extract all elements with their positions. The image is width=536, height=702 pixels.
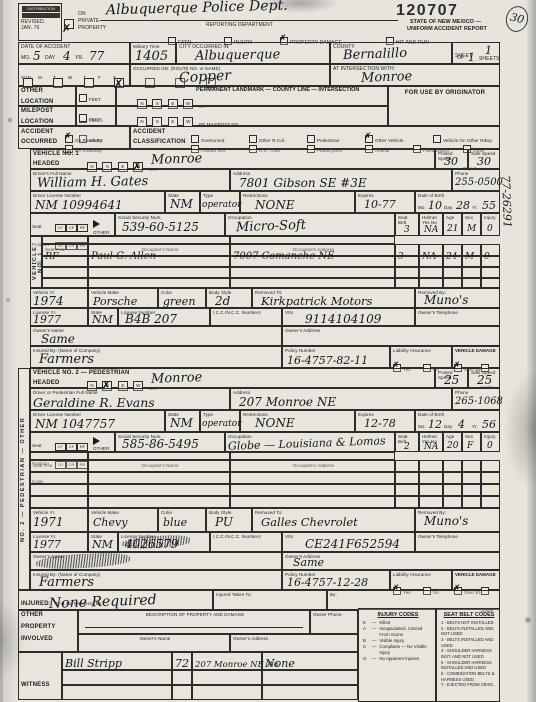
injured-taken-to-cell: Injured Taken To: — [213, 590, 327, 610]
v2-body: PU — [215, 515, 233, 529]
private-property-label2: PRIVATE — [78, 18, 99, 24]
v1-lic-state-cell: State NM — [88, 308, 118, 326]
witness-age-cell — [172, 685, 192, 700]
accident-occurred-cell: ACCIDENT OCCURRED ✗On Roadway Off Roadwa… — [18, 126, 130, 149]
taken-to-label: Injured Taken To: — [216, 592, 326, 597]
witness-label: WITNESS — [21, 682, 61, 689]
v1-removed-to: Kirkpatrick Motors — [261, 294, 372, 308]
occupant-row-age — [443, 256, 462, 267]
v1-insured-cell: Insured By: (Name of Company) Farmers — [30, 346, 282, 368]
v1-color: green — [163, 295, 195, 308]
v1-helmet: NA — [424, 225, 438, 235]
belt-code-item: 2 - BELTS INSTALLED AND NOT USED — [439, 626, 499, 637]
occupant-row-helmet — [419, 484, 443, 496]
s-letter: S — [156, 119, 159, 124]
occupant-row-age — [443, 460, 462, 472]
v1-safe-speed-cell: Safe Speed 30 — [468, 149, 500, 169]
belt-code-item: 1 - BELTS NOT INSTALLED — [439, 620, 499, 626]
occupant-row-name — [88, 472, 230, 484]
milepost-label: MILEPOST — [21, 108, 75, 115]
occupant-row-helmet: NA — [419, 244, 443, 256]
occupant-row-sex — [462, 484, 481, 496]
v2-dl-cell: Driver License Number NM 1047757 — [30, 410, 165, 432]
grid-other-label: OTHER — [93, 230, 109, 235]
occupant-row-sex — [462, 278, 481, 288]
owner-addr-label: Owner's Address — [233, 636, 357, 641]
occupant-header-pos: Seat Pos. — [42, 236, 88, 244]
occupant-row-age — [443, 484, 462, 496]
liability-label: Liability Insurance — [393, 348, 451, 353]
v2-vin-cell: VIN CE241F652594 — [282, 532, 415, 552]
v2-restrictions-cell: Restrictions NONE — [240, 410, 355, 432]
v1-ssn-cell: Social Security Num. 539-60-5125 — [115, 213, 225, 236]
occupant-row-injury — [481, 460, 500, 472]
v2-dob-mo: 12 — [428, 418, 442, 431]
milepost-location-cell: MILEPOST LOCATION — [18, 106, 76, 126]
occupant-row-pos — [30, 460, 88, 472]
witness-age-cell — [172, 670, 192, 685]
liability-label: Liability Insurance — [393, 572, 451, 577]
v1-helmet-cell: Helmet Yes No NA — [419, 213, 443, 236]
occupant-row-sex: M — [462, 244, 481, 256]
v2-safe-speed-cell: Safe Speed 25 — [468, 368, 500, 388]
age-label: Age — [446, 434, 461, 439]
dob-label: Date of Birth — [418, 193, 499, 198]
n-letter: N — [140, 119, 143, 124]
other-feet-miles-cell: FEET MILES — [76, 86, 116, 106]
landmark-heading: PERMANENT LANDMARK — COUNTY LINE — INTER… — [196, 87, 396, 93]
occupant-row-sex — [462, 460, 481, 472]
occupant-row-age — [443, 472, 462, 484]
v1-policy-cell: Policy Number 16-4757-82-11 — [282, 346, 390, 368]
v1-address: 7801 Gibson SE #3E — [239, 176, 367, 190]
v2-dl-type: operator — [202, 419, 242, 429]
v2-vehicle-yr-cell: Vehicle Yr. 1971 — [30, 508, 88, 532]
occupant-row-age: 24 — [443, 244, 462, 256]
v1-icc-cell: I.C.C./N.C.C. Numbers — [210, 308, 282, 326]
v1-vin-cell: VIN 9114104109 — [282, 308, 415, 326]
v2-dob-yr: 56 — [482, 418, 496, 431]
v1-dl-state-cell: State NM — [165, 191, 200, 213]
injury-codes-title: INJURY CODES — [361, 612, 435, 618]
v2-owner-name-cell: Owner's Name — [30, 552, 282, 570]
occupant-row-injury — [481, 256, 500, 267]
belt-code-item: 4 - SHOULDER HARNESS INST. AND NOT USED — [439, 648, 499, 659]
v2-side-label: NO. 2 — PEDESTRIAN — OTHER — [21, 370, 29, 589]
classification-label1: ACCIDENT — [133, 129, 166, 136]
circled-margin-note: 30 — [503, 4, 531, 35]
belt-code-item: 3 - BELTS INSTALLED AND USED — [439, 637, 499, 648]
witness-name-cell — [62, 685, 172, 700]
occupant-row-age — [443, 496, 462, 508]
property-label: PROPERTY — [21, 624, 77, 631]
witness-age: 72 — [175, 657, 189, 670]
v1-dl-type: operator — [202, 200, 242, 210]
description-label: DESCRIPTION OF PROPERTY AND DAMAGE — [81, 612, 309, 617]
v1-title: VEHICLE NO. 1 — [33, 151, 434, 158]
occupant-row-pos — [42, 256, 88, 267]
v2-age-cell: Age 20 — [443, 432, 462, 452]
city-cell: CITY OCCURRED IN Albuquerque — [176, 42, 330, 64]
reporting-department-value: Albuquerque Police Dept. — [106, 0, 288, 18]
v2-vin: CE241F652594 — [305, 537, 400, 551]
v2-helmet-cell: Helmet Yes No NA — [419, 432, 443, 452]
occupant-header-addr: Occupant's Address — [230, 236, 395, 244]
owner-tel-label: Owner's Telephone — [418, 534, 499, 539]
occupant-row-belt: 3 — [395, 244, 419, 256]
occupant-row-addr — [230, 267, 395, 278]
city-value: Albuquerque — [195, 47, 280, 63]
v2-lic-yr: 1977 — [33, 538, 61, 551]
v2-sex-cell: Sex F — [462, 432, 481, 452]
accident-label: ACCIDENT — [21, 129, 54, 136]
v1-injury: 0 — [487, 224, 493, 234]
occupant-header-name: Occupant's Name — [88, 452, 230, 460]
occupant-row-pos — [42, 267, 88, 278]
grid-cf: CF — [66, 443, 77, 451]
military-time-cell: Military Time 1405 — [130, 42, 176, 64]
of-value: 1 — [468, 51, 475, 64]
occupant-row-belt — [395, 278, 419, 288]
v1-make: Porsche — [93, 295, 137, 308]
witness-name-cell — [62, 670, 172, 685]
occupant-header-addr: Occupant's Address — [230, 452, 395, 460]
witness-name-cell: Bill Stripp — [62, 652, 172, 670]
injury-codes-box: INJURY CODES K—Killed A—Incapacitated. C… — [358, 608, 436, 702]
property-owner-name-cell: Owner's Name — [78, 634, 230, 652]
v2-removed-to: Galles Chevrolet — [261, 515, 358, 529]
v2-address: 207 Monroe NE — [239, 395, 336, 409]
v2-expires-cell: Expires 12-78 — [355, 410, 415, 432]
phone-label: Phone — [455, 171, 499, 176]
v1-owner-tel-cell: Owner's Telephone — [415, 308, 500, 326]
occupant-row-belt — [395, 484, 419, 496]
state-line1: STATE OF NEW MEXICO — — [410, 19, 481, 25]
v1-policy: 16-4757-82-11 — [287, 354, 368, 367]
injury-label: Injury — [484, 215, 499, 220]
v1-injury-cell: Injury 0 — [481, 213, 500, 236]
occupant-row-helmet — [419, 460, 443, 472]
originator-label: FOR USE BY ORIGINATOR — [391, 90, 499, 97]
v2-side-strip: NO. 2 — PEDESTRIAN — OTHER — [18, 368, 30, 590]
scanned-accident-report: DISTRIBUTION REVISED. JAN. 76 ✗ ON PRIVA… — [0, 0, 536, 702]
v2-owner-tel-cell: Owner's Telephone — [415, 532, 500, 552]
dob-day-label: Day — [444, 205, 452, 210]
department-underline — [100, 20, 398, 21]
day-value: 4 — [63, 49, 71, 63]
sheets-label: SHEETS — [479, 56, 500, 62]
v2-policy-cell: Policy Number 16-4757-12-28 — [282, 570, 390, 590]
witness-age-cell: 72 — [172, 652, 192, 670]
witness-addr-cell — [192, 670, 262, 685]
v2-ssn-cell: Social Security Num. 585-86-5495 — [115, 432, 225, 452]
v1-insured: Farmers — [39, 352, 94, 367]
v1-headed-street: Monroe — [151, 151, 203, 168]
v2-lic-state: NM — [92, 538, 113, 551]
sex-label: Sex — [465, 215, 480, 220]
v2-policy: 16-4757-12-28 — [287, 576, 368, 589]
v1-occupation-cell: Occupation Micro-Soft — [225, 213, 395, 236]
occupant-row-name — [88, 267, 230, 278]
v1-driver-name-cell: Driver's Full Name William H. Gates — [30, 169, 230, 191]
headed-label: HEADED — [33, 161, 60, 168]
occupant-row-sex — [462, 496, 481, 508]
v1-vin: 9114104109 — [305, 312, 381, 326]
w-letter: W — [186, 119, 190, 124]
occupant-header-name: Occupant's Name — [88, 236, 230, 244]
occupant-header-pos: Seat Pos. — [30, 452, 88, 460]
occupant-row-injury — [481, 472, 500, 484]
v2-removed-by: Muno's — [424, 514, 468, 528]
occupant-row-belt — [395, 472, 419, 484]
dob-mo-label: Mo. — [418, 424, 426, 429]
v1-dob-cell: Date of Birth Mo. 10 Day 28 Yr. 55 — [415, 191, 500, 213]
v2-phone: 265-1068 — [455, 396, 503, 407]
margin-note-value: 30 — [509, 11, 526, 27]
v1-color-cell: Color green — [158, 288, 206, 308]
v2-occupation-cell: Occupation Globe — Louisiana & Lomas — [225, 432, 395, 452]
v2-ssn: 585-86-5495 — [122, 437, 199, 451]
v1-vehicle-yr: 1974 — [33, 294, 64, 308]
occupant-row-addr — [230, 484, 395, 496]
witness-phone-cell: None — [262, 652, 358, 670]
v1-address-cell: Address 7801 Gibson SE #3E — [230, 169, 452, 191]
injured-by-cell: By: — [327, 590, 500, 610]
v1-phone: 255-0500 — [455, 177, 503, 188]
occupant-row-belt — [395, 496, 419, 508]
v2-headed-street: Monroe — [151, 370, 203, 387]
private-property-label: ON — [78, 11, 86, 17]
v1-make-cell: Vehicle Make Porsche — [88, 288, 158, 308]
yr-value: 77 — [89, 49, 104, 63]
v1-owner-name: Same — [41, 332, 75, 346]
occupant-row-pos — [30, 484, 88, 496]
occupant-row-injury — [481, 496, 500, 508]
v1-dl-type-cell: Type operator — [200, 191, 240, 213]
e-letter: E — [171, 119, 174, 124]
v1-occupation: Micro-Soft — [236, 218, 306, 235]
v2-vehicle-yr: 1971 — [33, 515, 64, 529]
v1-owner-addr-cell: Owner's Address — [282, 326, 500, 346]
v2-address-cell: Address 207 Monroe NE — [230, 388, 452, 410]
owner-tel-label: Owner's Telephone — [418, 310, 499, 315]
dob-label: Date of Birth — [418, 412, 499, 417]
injury-code-text: No Apparent Injuries — [379, 656, 431, 662]
private-property-label3: PROPERTY — [78, 25, 106, 31]
property-owner-phone-cell: Owner Phone: — [310, 610, 358, 634]
injury-code-text: Complains — No Visible Injury — [379, 644, 431, 656]
occupant-row-addr — [230, 460, 395, 472]
belt-code-item: 6 - COMBINATION BELTS & HARNESS USED — [439, 671, 499, 682]
occupant-row-sex — [462, 256, 481, 267]
belt-code-item: 5 - SHOULDER HARNESS INSTALLED AND USED — [439, 660, 499, 671]
private-property-checkbox: ✗ — [64, 19, 74, 29]
color-label: Color — [161, 510, 205, 515]
occupant-row-age — [443, 278, 462, 288]
phone-label: Phone — [455, 390, 499, 395]
v1-restrictions: NONE — [255, 198, 295, 212]
v1-age: 21 — [447, 224, 458, 234]
icc-label: I.C.C./N.C.C. Numbers — [213, 534, 281, 539]
arrow-icon — [93, 437, 100, 445]
milepost-direction-cell: N S E W OF MILEPOST NO.: — [116, 106, 388, 126]
type-label: Type — [203, 412, 239, 417]
v2-restrictions: NONE — [255, 416, 295, 430]
v2-posted-speed: 25 — [444, 373, 459, 387]
v1-dob-day: 28 — [456, 199, 470, 212]
v2-insured: Farmers — [39, 575, 94, 590]
dob-yr-label: Yr. — [472, 205, 478, 210]
occupant-row-belt — [395, 256, 419, 267]
v2-age: 20 — [447, 441, 458, 451]
grid-rf: RF — [77, 443, 88, 451]
distribution-bar: DISTRIBUTION — [22, 6, 60, 12]
injured-first-aid-cell: INJURED: First Aid Rendered By: None Req… — [18, 590, 213, 610]
v2-headed-cell: VEHICLE NO. 2 — PEDESTRIAN HEADED N S✗ E… — [30, 368, 435, 388]
day-letter: W — [68, 75, 72, 80]
v2-title: VEHICLE NO. 2 — PEDESTRIAN — [33, 370, 434, 377]
military-time-value: 1405 — [135, 49, 168, 64]
v2-make: Chevy — [93, 516, 127, 529]
v2-dob-day: 4 — [458, 418, 465, 431]
injury-code-letter: O — [363, 656, 369, 662]
other-location-cell: OTHER LOCATION — [18, 86, 76, 106]
injury-code-text: Incapacitated. Carried From Scene — [379, 626, 431, 638]
v2-dl-number: NM 1047757 — [35, 417, 115, 431]
occupant-row-name: Paul G. Allen — [88, 244, 230, 256]
grid-lf: LF — [55, 224, 66, 232]
v1-seat-code-cell: SeatPositionCode LFCFRF LRCRRR OTHER — [30, 213, 115, 236]
seat-belt-codes-box: SEAT BELT CODES 1 - BELTS NOT INSTALLED … — [436, 608, 500, 702]
icc-label: I.C.C./N.C.C. Numbers — [213, 310, 281, 315]
injury-code-letter: A — [363, 626, 369, 638]
occupant-row-name — [88, 496, 230, 508]
feet-checkbox — [79, 94, 87, 102]
dob-mo-label: Mo. — [418, 205, 426, 210]
owner-addr-label: Owner's Address — [285, 328, 499, 333]
occupant-row-age — [443, 267, 462, 278]
arrow-icon — [93, 220, 100, 228]
occurred-label: OCCURRED — [21, 139, 57, 146]
grid-cf: CF — [66, 224, 77, 232]
other-label: OTHER — [21, 88, 75, 95]
v2-dl-state-cell: State NM — [165, 410, 200, 432]
seat-label: Seat — [32, 443, 42, 448]
witness-label-cell: WITNESS — [18, 652, 62, 700]
v2-insured-cell: Insured By: (Name of Company) Farmers — [30, 570, 282, 590]
occupant-row-belt — [395, 460, 419, 472]
occupant-row-helmet — [419, 256, 443, 267]
v2-lic-no-cell: License Number 4026579 — [118, 532, 210, 552]
v1-dl-number: NM 10994641 — [35, 198, 123, 212]
seat-belt-codes-title: SEAT BELT CODES — [439, 612, 499, 618]
margin-case-number: 77-26291 — [499, 175, 514, 228]
v1-vehicle-yr-cell: Vehicle Yr. 1974 — [30, 288, 88, 308]
headed-label: HEADED — [33, 380, 60, 387]
day-letter: F — [98, 75, 101, 80]
route-value: Copper — [179, 68, 232, 87]
v2-driver-name: Geraldine R. Evans — [33, 395, 155, 410]
property-owner-addr-cell: Owner's Address — [230, 634, 358, 652]
v1-phone-cell: Phone 255-0500 — [452, 169, 500, 191]
location-label: LOCATION — [21, 99, 75, 106]
sex-label: Sex — [465, 434, 480, 439]
day-letter: M — [38, 75, 42, 80]
v1-side-label: VEHICLE NO. 1 — [33, 238, 41, 287]
occupant-row-addr — [230, 496, 395, 508]
v1-sex: M — [467, 224, 476, 234]
v1-age-cell: Age 21 — [443, 213, 462, 236]
milepost-feet-miles-cell: FEET MILES — [76, 106, 116, 126]
v1-driver-name: William H. Gates — [37, 174, 149, 191]
reporting-department-label: REPORTING DEPARTMENT — [206, 22, 273, 28]
v1-removed-by-cell: Removed By: Muno's — [415, 288, 500, 308]
seat-label: Seat — [32, 224, 42, 229]
v2-liability-cell: Liability Insurance ✗Yes No — [390, 570, 452, 590]
grid-lf: LF — [55, 443, 66, 451]
v1-sex-cell: Sex M — [462, 213, 481, 236]
vehicle-damage-label: VEHICLE DAMAGE — [455, 348, 499, 353]
grid-other-label: OTHER — [93, 446, 109, 451]
intersection-cell: AT INTERSECTION WITH: Monroe — [330, 64, 500, 86]
v2-expires: 12-78 — [364, 417, 396, 430]
v2-color: blue — [163, 516, 187, 529]
v1-belt-cell: Seat Belt 3 — [395, 213, 419, 236]
property-description-cell: DESCRIPTION OF PROPERTY AND DAMAGE — [78, 610, 310, 634]
injured-label: INJURED: — [21, 601, 51, 607]
occurred-on-label: OCCURRED ON: (ROUTE NO. or NAME) — [133, 66, 329, 71]
classification-label2: CLASSIFICATION — [133, 139, 186, 146]
occupant-row-addr — [230, 256, 395, 267]
v1-dob-yr: 55 — [482, 199, 496, 212]
witness-phone-cell — [262, 685, 358, 700]
date-of-accident-cell: DATE OF ACCIDENT MO. 5 DAY 4 YR. 77 — [18, 42, 130, 64]
occupant-row-name — [88, 278, 230, 288]
occupant-row-addr — [230, 278, 395, 288]
v2-belt: 2 — [404, 442, 410, 452]
v1-owner-name-cell: Owner's Name Same — [30, 326, 282, 346]
mo-value: 5 — [33, 49, 41, 63]
v1-posted-speed: 30 — [444, 155, 458, 168]
v2-driver-name-cell: Driver or Pedestrian Full Name Geraldine… — [30, 388, 230, 410]
witness-phone-cell — [262, 670, 358, 685]
occupant-row-helmet — [419, 496, 443, 508]
v2-injury-cell: Injury 0 — [481, 432, 500, 452]
v2-owner-addr: Same — [293, 556, 324, 569]
yr-label: YR. — [75, 55, 84, 61]
v1-posted-speed-cell: Posted Speed 30 — [435, 149, 468, 169]
occupant-row-addr — [230, 472, 395, 484]
originator-box: FOR USE BY ORIGINATOR — [388, 86, 500, 126]
feet-label: FEET — [89, 117, 101, 122]
occupant-row-pos — [30, 496, 88, 508]
v1-lic-no: B4B 207 — [125, 312, 177, 326]
day-of-week-cell: SUN M T W T F S ✗ — [18, 64, 130, 86]
v2-icc-cell: I.C.C./N.C.C. Numbers — [210, 532, 282, 552]
v1-lic-state: NM — [92, 313, 113, 326]
type-label: Type — [203, 193, 239, 198]
occupant-row-helmet — [419, 267, 443, 278]
location-label2: LOCATION — [21, 119, 75, 126]
occupant-row-pos — [42, 278, 88, 288]
v2-removed-to-cell: Removed To: Galles Chevrolet — [252, 508, 415, 532]
scan-edge-artifact — [0, 0, 18, 702]
v2-removed-by-cell: Removed By: Muno's — [415, 508, 500, 532]
witness-addr-cell — [192, 685, 262, 700]
witness-phone: None — [265, 657, 295, 670]
make-label: Vehicle Make — [91, 510, 157, 515]
v1-dl-cell: Driver License Number NM 10994641 — [30, 191, 165, 213]
